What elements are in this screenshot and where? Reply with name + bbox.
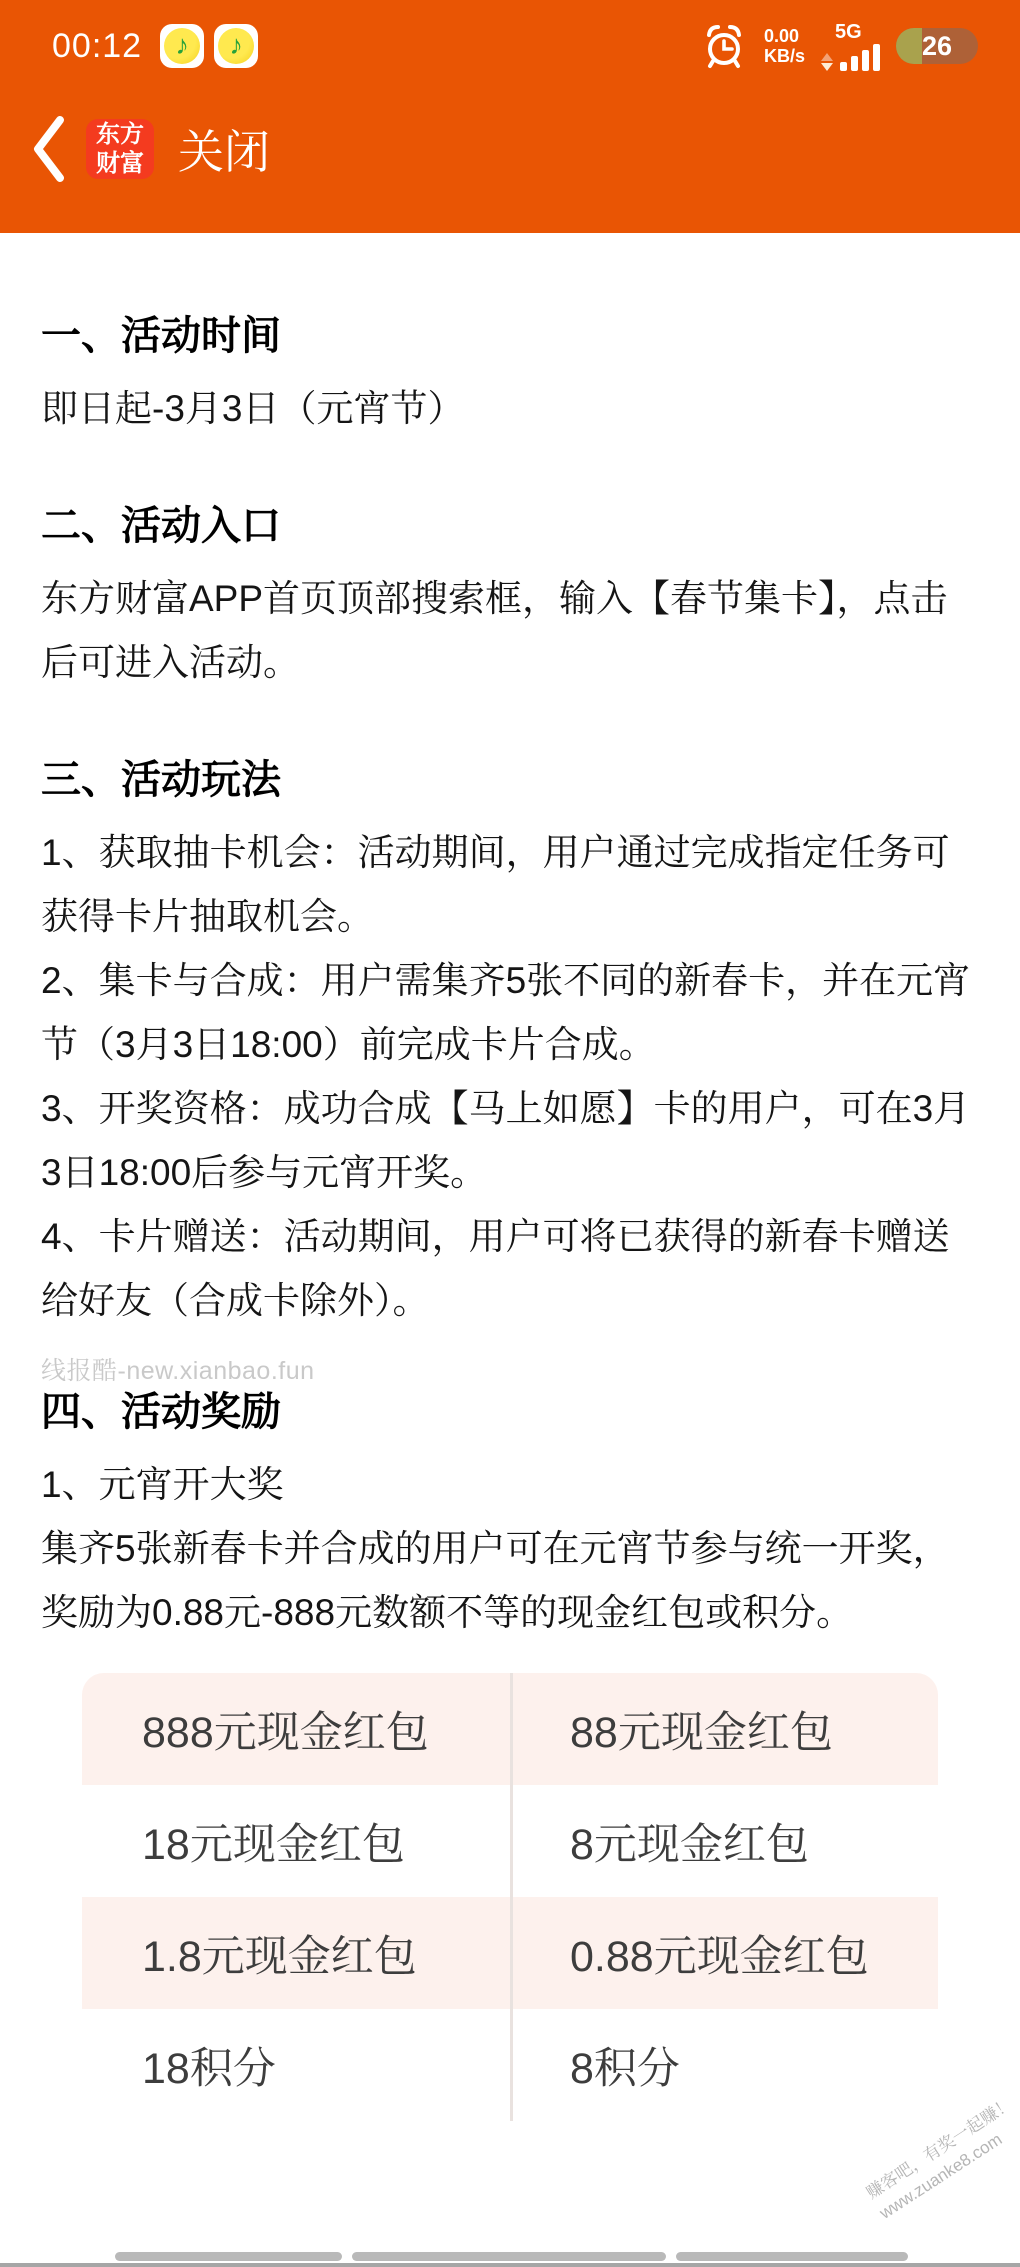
battery-indicator: 26 bbox=[896, 28, 978, 64]
nav-bar: 东方 财富 关闭 bbox=[0, 112, 1020, 186]
section-heading: 三、活动玩法 bbox=[41, 757, 979, 803]
placeholder-bar bbox=[676, 2252, 908, 2261]
network-speed-unit: KB/s bbox=[764, 46, 805, 66]
rules-section: 四、活动奖励1、元宵开大奖集齐5张新春卡并合成的用户可在元宵节参与统一开奖，奖励… bbox=[41, 1389, 979, 1645]
placeholder-bar bbox=[352, 2252, 666, 2261]
data-traffic-arrows-icon bbox=[821, 53, 833, 71]
paragraph: 东方财富APP首页顶部搜索框，输入【春节集卡】，点击后可进入活动。 bbox=[41, 567, 979, 695]
table-cell: 0.88元现金红包 bbox=[510, 1923, 938, 1984]
table-cell: 18积分 bbox=[82, 2035, 510, 2096]
inline-watermark: 线报酷-new.xianbao.fun bbox=[41, 1351, 979, 1381]
table-cell: 18元现金红包 bbox=[82, 1811, 510, 1872]
music-note-icon: ♪ bbox=[164, 28, 200, 64]
section-heading: 一、活动时间 bbox=[41, 313, 979, 359]
paragraph: 4、卡片赠送：活动期间，用户可将已获得的新春卡赠送给好友（合成卡除外）。 bbox=[41, 1205, 979, 1333]
section-heading: 二、活动入口 bbox=[41, 503, 979, 549]
logo-text-bottom: 财富 bbox=[86, 149, 154, 178]
battery-percentage: 26 bbox=[896, 28, 978, 64]
status-bar: 00:12 ♪ ♪ 0.00 KB/s bbox=[0, 0, 1020, 70]
paragraph: 1、元宵开大奖 bbox=[41, 1453, 979, 1517]
app-screen: 00:12 ♪ ♪ 0.00 KB/s bbox=[0, 0, 1020, 2267]
music-note-icon: ♪ bbox=[218, 28, 254, 64]
logo-text-top: 东方 bbox=[86, 120, 154, 149]
table-cell: 8元现金红包 bbox=[510, 1811, 938, 1872]
alarm-clock-icon bbox=[700, 22, 748, 70]
paragraph: 即日起-3月3日（元宵节） bbox=[41, 377, 979, 441]
network-speed: 0.00 KB/s bbox=[764, 26, 805, 66]
status-right-cluster: 0.00 KB/s 5G 26 bbox=[700, 22, 978, 71]
network-speed-value: 0.00 bbox=[764, 26, 805, 46]
table-cell: 888元现金红包 bbox=[82, 1699, 510, 1760]
paragraph: 集齐5张新春卡并合成的用户可在元宵节参与统一开奖，奖励为0.88元-888元数额… bbox=[41, 1517, 979, 1645]
bottom-divider bbox=[0, 2263, 1020, 2267]
section-heading: 四、活动奖励 bbox=[41, 1389, 979, 1435]
table-column-divider bbox=[510, 1673, 513, 2121]
paragraph: 3、开奖资格：成功合成【马上如愿】卡的用户，可在3月3日18:00后参与元宵开奖… bbox=[41, 1077, 979, 1205]
prize-table: 888元现金红包88元现金红包18元现金红包8元现金红包1.8元现金红包0.88… bbox=[82, 1673, 938, 2121]
rules-section: 一、活动时间即日起-3月3日（元宵节） bbox=[41, 313, 979, 441]
paragraph: 2、集卡与合成：用户需集齐5张不同的新春卡，并在元宵节（3月3日18:00）前完… bbox=[41, 949, 979, 1077]
chevron-left-icon bbox=[30, 112, 68, 186]
close-button[interactable]: 关闭 bbox=[178, 116, 270, 182]
paragraph: 1、获取抽卡机会：活动期间，用户通过完成指定任务可获得卡片抽取机会。 bbox=[41, 821, 979, 949]
table-cell: 1.8元现金红包 bbox=[82, 1923, 510, 1984]
back-button[interactable] bbox=[30, 112, 70, 186]
network-type-label: 5G bbox=[835, 22, 862, 42]
table-cell: 8积分 bbox=[510, 2035, 938, 2096]
eastmoney-logo: 东方 财富 bbox=[86, 119, 154, 179]
app-header: 00:12 ♪ ♪ 0.00 KB/s bbox=[0, 0, 1020, 233]
qq-music-notification-icon: ♪ bbox=[214, 24, 258, 68]
cellular-status: 5G bbox=[821, 22, 880, 71]
qq-music-notification-icon: ♪ bbox=[160, 24, 204, 68]
activity-rules-content: 一、活动时间即日起-3月3日（元宵节）二、活动入口东方财富APP首页顶部搜索框，… bbox=[0, 313, 1020, 2121]
status-clock: 00:12 bbox=[52, 27, 142, 66]
placeholder-bar bbox=[115, 2252, 342, 2261]
signal-bars-icon bbox=[840, 44, 880, 71]
rules-section: 三、活动玩法1、获取抽卡机会：活动期间，用户通过完成指定任务可获得卡片抽取机会。… bbox=[41, 757, 979, 1333]
table-cell: 88元现金红包 bbox=[510, 1699, 938, 1760]
rules-section: 二、活动入口东方财富APP首页顶部搜索框，输入【春节集卡】，点击后可进入活动。 bbox=[41, 503, 979, 695]
sections: 一、活动时间即日起-3月3日（元宵节）二、活动入口东方财富APP首页顶部搜索框，… bbox=[41, 313, 979, 1645]
